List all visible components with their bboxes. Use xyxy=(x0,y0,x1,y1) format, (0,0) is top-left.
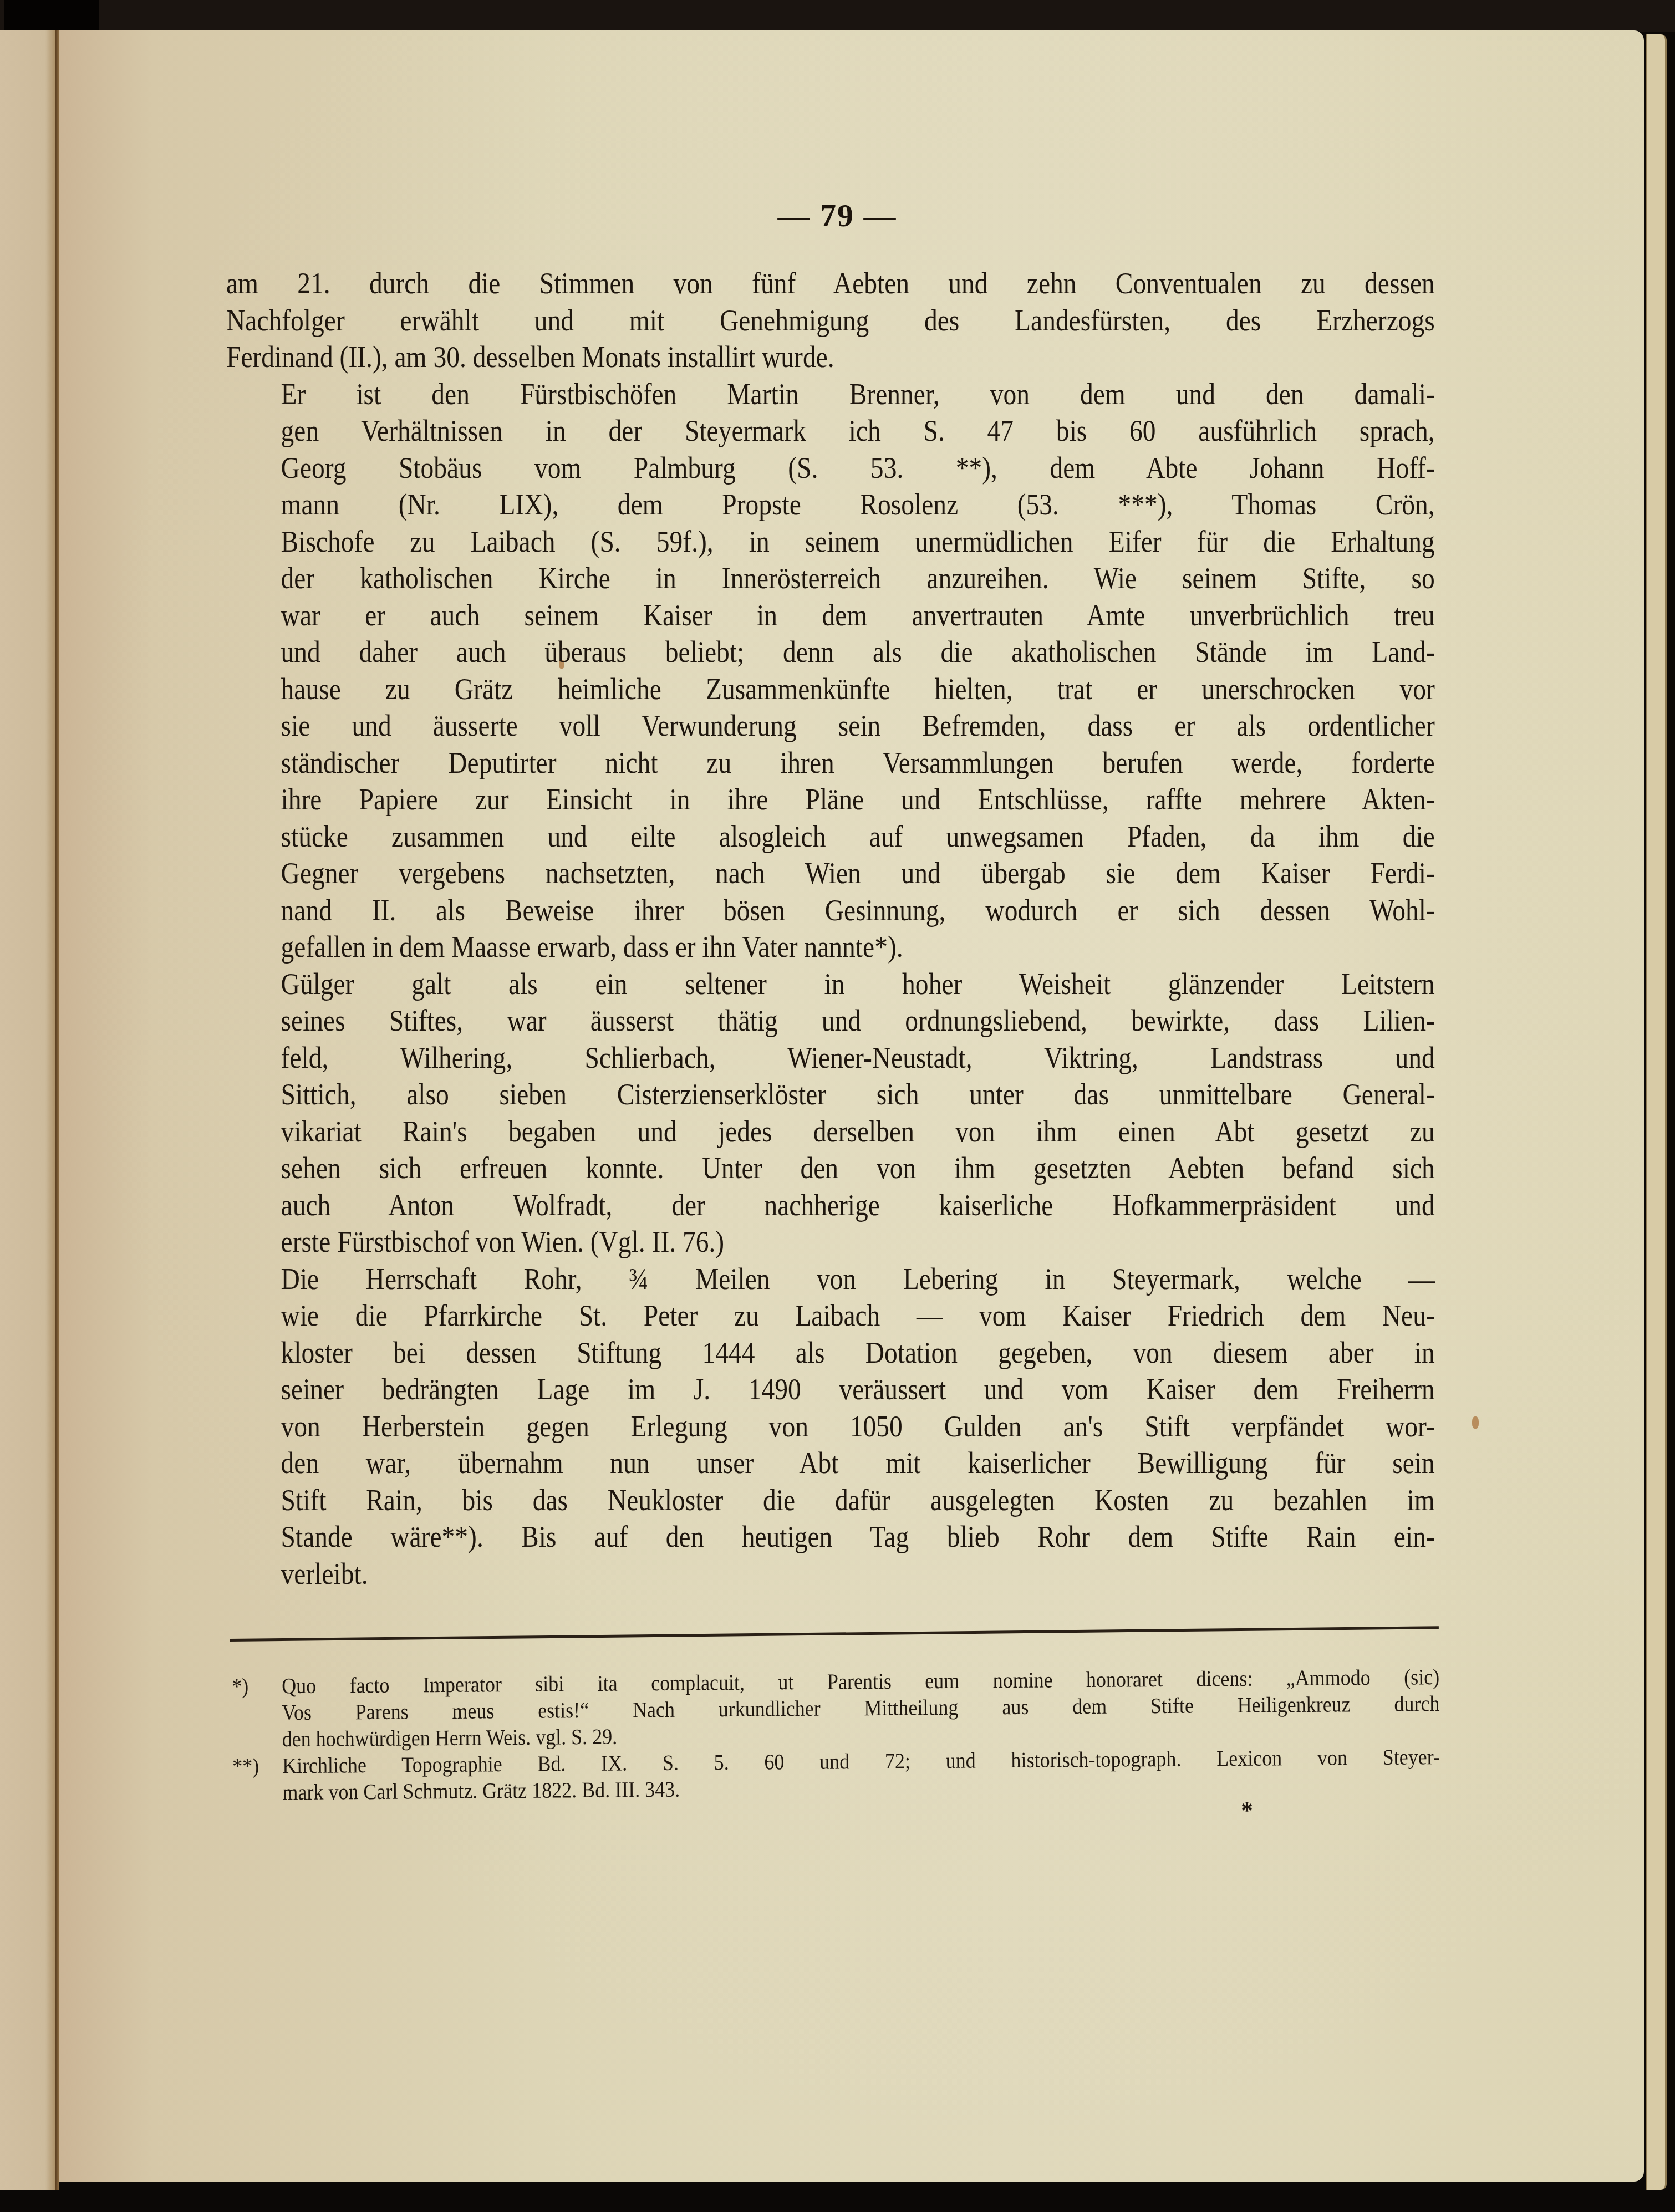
page-number: — 79 — xyxy=(749,197,926,234)
text-line: mann (Nr. LIX), dem Propste Rosolenz (53… xyxy=(226,486,1435,523)
text-line: seiner bedrängten Lage im J. 1490 veräus… xyxy=(226,1371,1435,1408)
footnote-mark: **) xyxy=(232,1753,259,1780)
previous-page-edge xyxy=(0,30,57,2190)
text-line: Sittich, also sieben Cisterzienserklöste… xyxy=(226,1076,1435,1113)
paragraph: am 21. durch die Stimmen von fünf Aebten… xyxy=(226,265,1435,376)
text-line: der katholischen Kirche in Innerösterrei… xyxy=(226,560,1435,597)
text-line: und daher auch überaus beliebt; denn als… xyxy=(226,634,1435,671)
text-line: Ferdinand (II.), am 30. desselben Monats… xyxy=(226,339,1435,376)
text-line: nand II. als Beweise ihrer bösen Gesinnu… xyxy=(226,892,1435,929)
footnote-2: **) Kirchliche Topographie Bd. IX. S. 5.… xyxy=(232,1744,1440,1806)
text-line: gefallen in dem Maasse erwarb, dass er i… xyxy=(226,929,1435,966)
text-line: Nachfolger erwählt und mit Genehmigung d… xyxy=(226,302,1435,339)
text-line: hause zu Grätz heimliche Zusammenkünfte … xyxy=(226,671,1435,708)
text-line: Stande wäre**). Bis auf den heutigen Tag… xyxy=(226,1518,1435,1556)
text-line: war er auch seinem Kaiser in dem anvertr… xyxy=(226,597,1435,634)
text-line: sehen sich erfreuen konnte. Unter den vo… xyxy=(226,1150,1435,1187)
signature-mark: * xyxy=(1241,1796,1253,1824)
text-line: am 21. durch die Stimmen von fünf Aebten… xyxy=(226,265,1435,302)
paragraph: Die Herrschaft Rohr, ¾ Meilen von Leberi… xyxy=(226,1261,1435,1593)
body-text: am 21. durch die Stimmen von fünf Aebten… xyxy=(226,265,1435,1592)
text-line: wie die Pfarrkirche St. Peter zu Laibach… xyxy=(226,1297,1435,1334)
text-line: Er ist den Fürstbischöfen Martin Brenner… xyxy=(226,376,1435,413)
text-line: gen Verhältnissen in der Steyermark ich … xyxy=(226,412,1435,450)
text-line: den war, übernahm nun unser Abt mit kais… xyxy=(226,1445,1435,1482)
text-line: erste Fürstbischof von Wien. (Vgl. II. 7… xyxy=(226,1224,1435,1261)
book-cover-shadow xyxy=(4,0,99,32)
text-line: ihre Papiere zur Einsicht in ihre Pläne … xyxy=(226,781,1435,818)
text-line: Bischofe zu Laibach (S. 59f.), in seinem… xyxy=(226,523,1435,560)
binding-fold xyxy=(55,30,59,2190)
text-line: Gegner vergebens nachsetzten, nach Wien … xyxy=(226,855,1435,892)
text-line: verleibt. xyxy=(226,1556,1435,1593)
footnotes: *) Quo facto Imperator sibi ita complacu… xyxy=(232,1664,1440,1806)
text-line: sie und äusserte voll Verwunderung sein … xyxy=(226,707,1435,745)
text-line: von Herberstein gegen Erlegung von 1050 … xyxy=(226,1408,1435,1445)
text-line: Gülger galt als ein seltener in hoher We… xyxy=(226,966,1435,1003)
text-line: auch Anton Wolfradt, der nachherige kais… xyxy=(226,1187,1435,1224)
text-line: ständischer Deputirter nicht zu ihren Ve… xyxy=(226,745,1435,782)
text-line: seines Stiftes, war äusserst thätig und … xyxy=(226,1002,1435,1039)
text-line: Georg Stobäus vom Palmburg (S. 53. **), … xyxy=(226,450,1435,487)
scan-background-top xyxy=(0,0,1675,32)
footnote-1: *) Quo facto Imperator sibi ita complacu… xyxy=(232,1664,1440,1753)
text-line: vikariat Rain's begaben und jedes dersel… xyxy=(226,1113,1435,1150)
text-line: kloster bei dessen Stiftung 1444 als Dot… xyxy=(226,1334,1435,1372)
ink-stain xyxy=(1472,1416,1479,1429)
next-page-edge xyxy=(1646,34,1667,2190)
text-line: Die Herrschaft Rohr, ¾ Meilen von Leberi… xyxy=(226,1261,1435,1298)
text-line: stücke zusammen und eilte alsogleich auf… xyxy=(226,818,1435,855)
text-line: feld, Wilhering, Schlierbach, Wiener-Neu… xyxy=(226,1039,1435,1077)
footnote-mark: *) xyxy=(232,1673,248,1700)
paragraph: Er ist den Fürstbischöfen Martin Brenner… xyxy=(226,376,1435,966)
text-line: Stift Rain, bis das Neukloster die dafür… xyxy=(226,1482,1435,1519)
paragraph: Gülger galt als ein seltener in hoher We… xyxy=(226,966,1435,1261)
